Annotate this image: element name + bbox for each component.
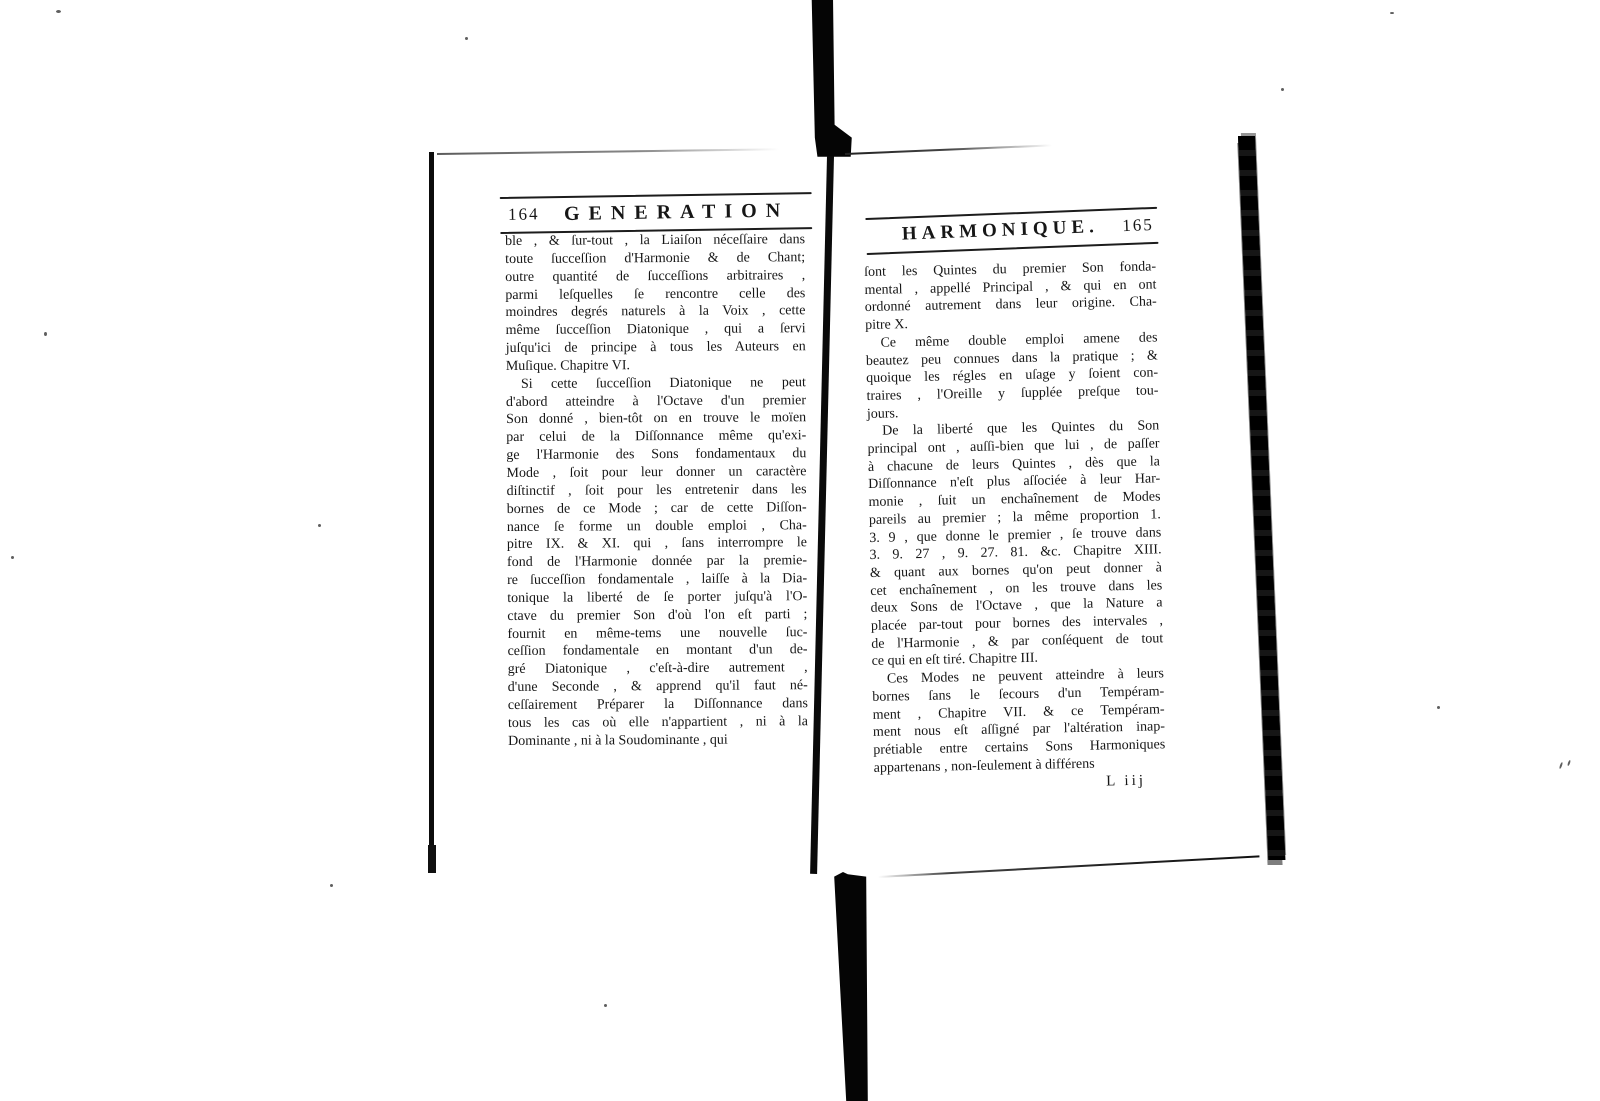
text-line: tous les cas où elle n'appartient , ni à… — [508, 713, 808, 733]
running-title: HARMONIQUE. — [902, 216, 1100, 246]
text-line: Dominante , ni à la Soudominante , qui — [508, 731, 808, 751]
left-page-header: 164 GENERATION — [500, 192, 813, 234]
text-line: ge l'Harmonie des Sons fondamentaux du — [506, 445, 806, 465]
scan-speck — [1437, 706, 1440, 709]
running-title: GENERATION — [564, 199, 790, 226]
scan-speck — [330, 884, 333, 887]
text-line: pitre IX. & XI. qui , ſans interrompre l… — [507, 535, 807, 555]
right-page-text: ſont les Quintes du premier Son fonda-me… — [864, 258, 1166, 796]
running-head: 164 GENERATION — [500, 194, 812, 232]
text-line: Muſique. Chapitre VI. — [506, 356, 806, 376]
left-page-edge-foot — [428, 845, 436, 873]
scanned-book-spread: { "book": { "left_page": { "page_number"… — [0, 0, 1600, 1101]
text-line: outre quantité de ſucceſſions arbitraire… — [505, 267, 805, 287]
scan-speck — [1390, 12, 1394, 14]
text-line: ceſſairement Préparer la Diſſonnance dan… — [508, 695, 808, 715]
text-line: juſqu'ici de principe à tous les Auteurs… — [506, 338, 806, 358]
text-line: fond de l'Harmonie donnée par la premie- — [507, 552, 807, 572]
scan-speck — [318, 524, 321, 527]
text-line: par celui de la Diſſonnance même qu'exi- — [506, 427, 806, 447]
left-page-text: ble , & ſur-tout , la Liaiſon néceſſaire… — [505, 231, 808, 750]
left-page-edge — [429, 152, 434, 871]
left-page-top-edge — [437, 148, 797, 155]
scan-speck — [11, 556, 14, 559]
book-spine-top — [806, 0, 858, 160]
right-page-lines: ſont les Quintes du premier Son fonda-me… — [864, 258, 1166, 777]
right-page-top-edge — [845, 143, 1075, 155]
text-line: parmi leſquelles ſe rencontre celle des — [505, 285, 805, 305]
scan-speck — [44, 332, 47, 336]
right-page-fore-edge — [1238, 136, 1285, 860]
text-line: d'une Seconde , & apprend qu'il faut né- — [508, 677, 808, 697]
book-spine-bottom — [831, 872, 871, 1101]
text-line: Mode , ſoit pour leur donner un caractèr… — [506, 463, 806, 483]
right-page-bottom-edge — [878, 855, 1260, 878]
text-line: Si cette ſucceſſion Diatonique ne peut — [506, 374, 806, 394]
scan-speck — [1567, 760, 1571, 766]
text-line: nance ſe forme un double emploi , Cha- — [507, 517, 807, 537]
text-line: tonique la liberté de ſe porter juſqu'à … — [507, 588, 807, 608]
scan-speck — [56, 10, 61, 13]
scan-speck — [604, 1004, 607, 1007]
text-line: d'abord atteindre à l'Octave d'un premie… — [506, 392, 806, 412]
text-line: moindres degrés naturels à la Voix , cet… — [505, 303, 805, 323]
right-page-header: HARMONIQUE. 165 — [865, 207, 1158, 255]
page-number: 165 — [1122, 215, 1154, 236]
text-line: re ſucceſſion fondamentale , laiſſe à la… — [507, 570, 807, 590]
text-line: Son donné , bien-tôt on en trouve le moï… — [506, 410, 806, 430]
text-line: diſtinctif , ſoit pour les entretenir da… — [507, 481, 807, 501]
text-line: ble , & ſur-tout , la Liaiſon néceſſaire… — [505, 231, 805, 251]
text-line: même ſucceſſion Diatonique , qui a ſervi — [506, 320, 806, 340]
text-line: gré Diatonique , c'eſt-à-dire autrement … — [508, 659, 808, 679]
text-line: ceſſion fondamentale en montant d'un de- — [508, 642, 808, 662]
text-line: bornes de ce Mode ; car de cette Diſſon- — [507, 499, 807, 519]
scan-speck — [1281, 88, 1284, 91]
text-line: toute ſucceſſion d'Harmonie & de Chant; — [505, 249, 805, 269]
book-gutter-shadow — [810, 156, 834, 874]
page-number: 164 — [508, 204, 540, 224]
text-line: fournit en même-tems une nouvelle ſuc- — [507, 624, 807, 644]
text-line: ctave du premier Son d'où l'on eſt parti… — [507, 606, 807, 626]
scan-speck — [1559, 762, 1563, 769]
scan-speck — [465, 37, 468, 40]
